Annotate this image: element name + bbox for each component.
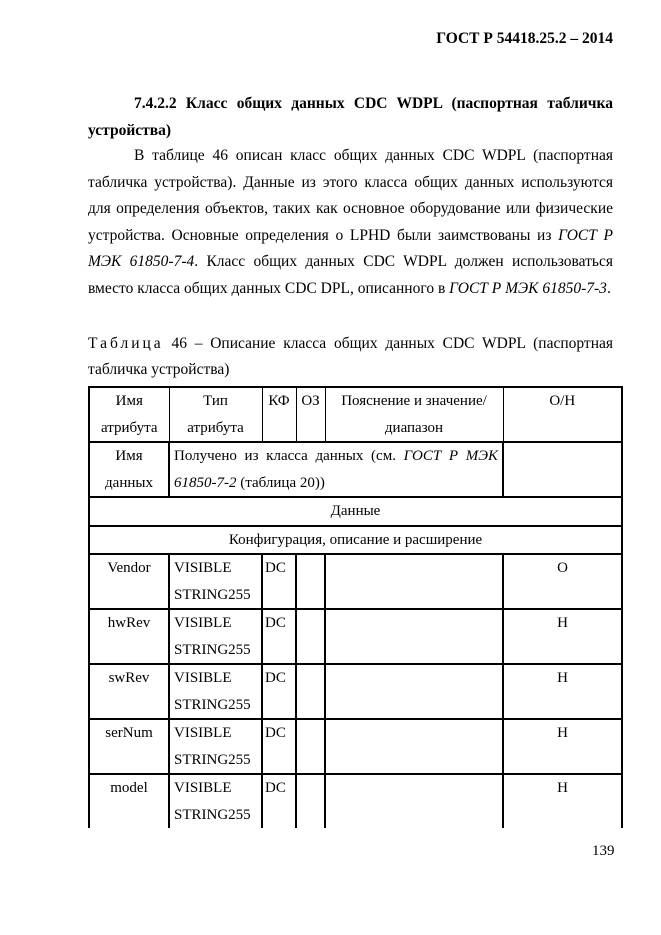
inherit-text: (таблица 20)) <box>237 475 325 491</box>
inherit-text: Получено из класса данных (см. <box>174 448 404 464</box>
cell-desc <box>325 719 503 774</box>
cell-name: Имя данных <box>89 442 169 497</box>
cell-name: swRev <box>89 664 169 719</box>
cell-desc <box>325 774 503 828</box>
cell-trg <box>296 554 325 609</box>
cell-fc: DC <box>262 719 296 774</box>
cell-fc: DC <box>262 554 296 609</box>
cell-fc: DC <box>262 774 296 828</box>
table-row: hwRevVISIBLE STRING255DCН <box>89 609 622 664</box>
cell-trg <box>296 664 325 719</box>
cell-name: serNum <box>89 719 169 774</box>
cell-desc <box>325 664 503 719</box>
cell-type: VISIBLE STRING255 <box>169 774 262 828</box>
cell-mo: Н <box>503 664 622 719</box>
paragraph-text: В таблице 46 описан класс общих данных C… <box>88 147 613 244</box>
cell-fc: DC <box>262 664 296 719</box>
cell-trg <box>296 774 325 828</box>
standard-reference: ГОСТ Р МЭК 61850-7-3 <box>449 280 607 297</box>
page-number: 139 <box>592 843 615 860</box>
group-row-data: Данные <box>89 497 622 526</box>
table-caption: Таблица 46 – Описание класса общих данны… <box>88 331 613 383</box>
cell-desc <box>325 554 503 609</box>
cell-trg <box>296 719 325 774</box>
table-row: modelVISIBLE STRING255DCН <box>89 774 622 828</box>
cell-desc <box>325 609 503 664</box>
cell-type: VISIBLE STRING255 <box>169 609 262 664</box>
table-row: VendorVISIBLE STRING255DCО <box>89 554 622 609</box>
cell-name: Vendor <box>89 554 169 609</box>
table-row: serNumVISIBLE STRING255DCН <box>89 719 622 774</box>
cell-type: VISIBLE STRING255 <box>169 554 262 609</box>
cell-inherit-text: Получено из класса данных (см. ГОСТ Р МЭ… <box>169 442 503 497</box>
section-title: 7.4.2.2 Класс общих данных CDC WDPL (пас… <box>88 90 613 144</box>
document-header: ГОСТ Р 54418.25.2 – 2014 <box>436 30 613 48</box>
cell-mo <box>503 442 622 497</box>
header-cell: Пояснение и значение/диапазон <box>325 387 503 442</box>
caption-label: Таблица <box>88 335 164 352</box>
header-cell: Тип атрибута <box>169 387 262 442</box>
cell-mo: Н <box>503 609 622 664</box>
body-paragraph: В таблице 46 описан класс общих данных C… <box>88 143 613 303</box>
header-cell: Имя атрибута <box>89 387 169 442</box>
cell-type: VISIBLE STRING255 <box>169 664 262 719</box>
cell-trg <box>296 609 325 664</box>
cell-fc: DC <box>262 609 296 664</box>
caption-text: 46 – Описание класса общих данных CDC WD… <box>88 335 613 378</box>
cell-name: model <box>89 774 169 828</box>
attributes-table: Имя атрибута Тип атрибута КФ ОЗ Пояснени… <box>88 386 623 828</box>
header-cell: О/Н <box>503 387 622 442</box>
group-label: Данные <box>89 497 622 526</box>
group-row-config: Конфигурация, описание и расширение <box>89 526 622 555</box>
group-label: Конфигурация, описание и расширение <box>89 526 622 555</box>
cell-name: hwRev <box>89 609 169 664</box>
table-header-row: Имя атрибута Тип атрибута КФ ОЗ Пояснени… <box>89 387 622 442</box>
paragraph-text: . <box>607 280 611 297</box>
header-cell: КФ <box>262 387 296 442</box>
cell-mo: Н <box>503 719 622 774</box>
inherit-row: Имя данных Получено из класса данных (см… <box>89 442 622 497</box>
cell-type: VISIBLE STRING255 <box>169 719 262 774</box>
cell-mo: Н <box>503 774 622 828</box>
table-row: swRevVISIBLE STRING255DCН <box>89 664 622 719</box>
header-cell: ОЗ <box>296 387 325 442</box>
cell-mo: О <box>503 554 622 609</box>
